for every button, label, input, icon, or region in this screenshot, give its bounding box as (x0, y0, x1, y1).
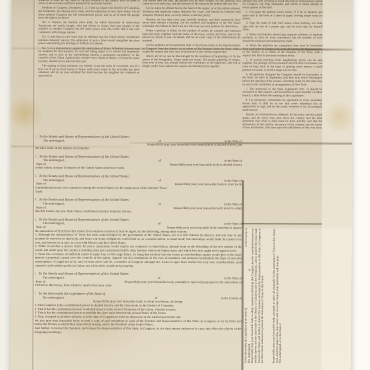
paper-sheet: tions, which may then be circulated with… (10, 0, 352, 370)
paragraph: 4. When the petitions are completed, the… (242, 44, 322, 57)
county-of-label: in the County of (245, 228, 248, 247)
petition-form-5-texas: 5.To the Senate and House of Representat… (35, 217, 242, 268)
of-label: of (158, 179, 161, 183)
prayer-line: Respectfully pray your honorable body ne… (174, 206, 242, 210)
petition-forms-block: 1.To the Senate and House of Representat… (34, 134, 242, 370)
paragraph: No. 3. respects the internal slave trade… (39, 21, 140, 35)
paragraph: 6. All petitions designed for Congress s… (242, 73, 322, 86)
prayer-line: Respectfully pray your honorable body to… (170, 163, 242, 167)
paragraph: The signing of these petitions, my frien… (38, 65, 139, 79)
text-column-3-directions: ceeding with the forms of law, as if lib… (242, 0, 323, 224)
paragraph: 8. Let temporary committees be appointed… (242, 99, 322, 112)
county-of-label: in the County of (221, 296, 242, 300)
paragraph: Let no name be affixed but by the hand o… (143, 7, 241, 17)
of-label: of (158, 202, 161, 206)
scanned-broadside-document: tions, which may then be circulated with… (0, 0, 370, 370)
paragraph: Finally, let information be diffused; le… (242, 113, 322, 130)
undersigned-label: The undersigned, (43, 202, 65, 206)
paragraph: 1. Cut apart the petition forms below, i… (243, 11, 323, 21)
undersigned-label: The undersigned, (43, 178, 65, 182)
petition-form-3: 3.To the Senate and House of Representat… (35, 174, 242, 194)
rotated-petition-body: Respectfully pray your honorable body, p… (272, 228, 282, 363)
text-column-1: tions, which may then be circulated with… (38, 0, 139, 133)
paragraph: 2. Sign the name in full; half names cou… (243, 22, 323, 32)
paragraph: Women, no less than men, may lawfully pe… (143, 18, 241, 28)
of-label: of (158, 159, 161, 163)
paragraph: 7. The memorial to the State Legislature… (242, 88, 322, 98)
undersigned-label: The undersigned, (43, 139, 65, 143)
petition-form-6-texas-reject: 6.To the Senate and House of Representat… (35, 272, 242, 288)
paragraph: ceeding with the forms of law, as if lib… (243, 0, 323, 10)
paragraph: Petitions to Congress, (Numbers 1, 2, 3 … (39, 7, 140, 21)
paragraph: Above all, let no one be discouraged by … (142, 55, 240, 69)
petition-body: TEXAS to this Union, from whatever quart… (35, 284, 242, 289)
of-label: of (158, 222, 161, 226)
undersigned-label: The undersigned, (43, 296, 65, 300)
petition-form-7-legislature: 7.To the Honorable the Legislature of th… (34, 291, 241, 334)
petition-body: the annexation of TEXAS to this Union, f… (35, 229, 242, 268)
undersigned-label: The undersigned, (43, 222, 65, 226)
undersigned-label: The undersigned, (43, 276, 65, 280)
petition-body: 1. That Congress is the constitutional p… (34, 303, 241, 334)
prayer-line: Respectfully pray your honorable body to… (175, 183, 242, 187)
undersigned-label: The undersigned, (43, 159, 65, 163)
paragraph: No. 4. asks that no new State may be adm… (38, 36, 139, 46)
rotated-petition-body: Respectfully pray your honorable body to… (251, 228, 265, 363)
prayer-line: Respectfully pray your honorable body, p… (125, 280, 242, 284)
rotated-petition-block: To the Honorable the Legislature of the … (244, 228, 321, 363)
paragraph: 3. Males and females should sign separat… (242, 33, 322, 43)
petition-body: into this Union, any new State whose con… (35, 210, 242, 215)
petition-body: in this Union, in those Territories of t… (35, 166, 242, 171)
text-column-2: every town, that they may be in readines… (142, 0, 240, 133)
petition-body: Constitutional power over commerce among… (35, 186, 242, 194)
petition-form-2: 2.To the Senate and House of Representat… (35, 154, 242, 170)
paragraph: every town, that they may be in readines… (143, 0, 241, 6)
paragraph: tions, which may then be circulated with… (39, 0, 140, 6)
petition-form-4: 4.To the Senate and House of Representat… (35, 198, 242, 214)
paragraph: When a petition is filled, let the numbe… (142, 29, 240, 43)
paragraph: 5. If several petitions from neighboring… (242, 59, 322, 72)
fold-line-horizontal-middle-left (11, 145, 131, 147)
